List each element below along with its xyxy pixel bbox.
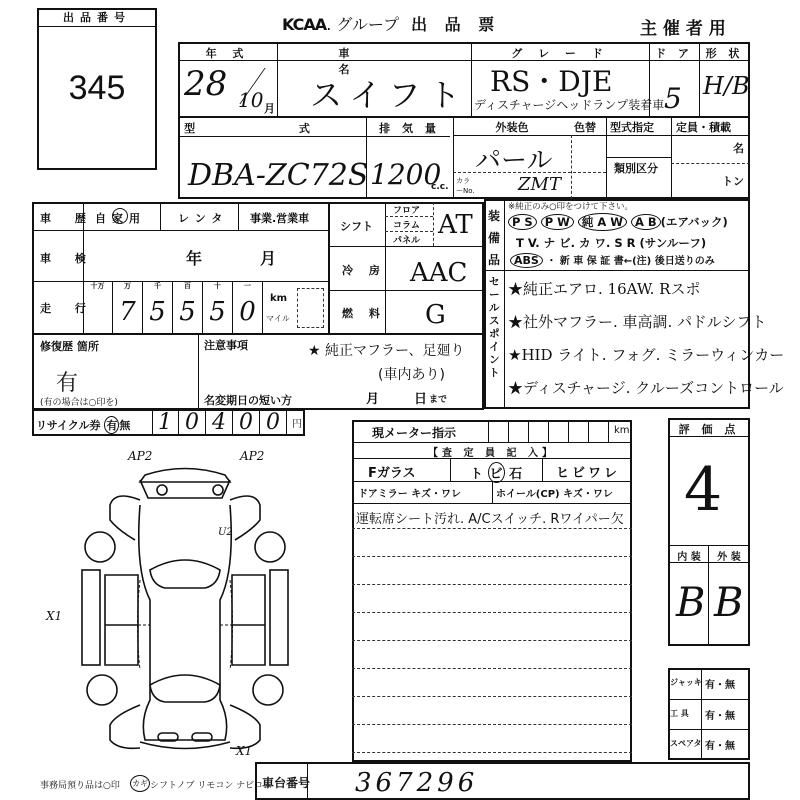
month-unit: 月 xyxy=(264,100,275,116)
capacity-label: 定員・積載 xyxy=(676,119,731,135)
color-label: 外装色 xyxy=(453,119,571,135)
wheel-label: ホイール(CP) キズ・ワレ xyxy=(496,485,613,500)
sheet-header: KCAA. グループ出 品 票 xyxy=(282,12,500,35)
mile-checkbox[interactable] xyxy=(297,288,324,328)
fglass-opt-bi[interactable]: ビ xyxy=(488,462,505,483)
shape-label: 形 状 xyxy=(699,45,750,61)
doors-value: 5 xyxy=(664,82,682,115)
mileage-cell: 十5 xyxy=(203,281,233,335)
color-no-label: カラーNo. xyxy=(456,176,476,196)
type-designation-label: 型式指定 xyxy=(610,119,654,135)
mileage-cell: 一0 xyxy=(233,281,263,335)
model-label: 型 式 xyxy=(178,120,366,136)
mileage-digit: 7 xyxy=(113,297,142,327)
chassis-number: 367296 xyxy=(355,768,478,798)
meter-label: 現メーター指示 xyxy=(372,424,456,441)
lot-number: 345 xyxy=(39,69,155,108)
lot-number-label: 出品番号 xyxy=(39,10,155,27)
mileage-unit-label: 十 xyxy=(203,281,232,291)
recycle-unit: 円 xyxy=(292,415,302,430)
inspection-month: 月 xyxy=(260,246,276,269)
sales-points-label: セールスポイント xyxy=(489,276,501,380)
diagram-mark-ap2-left: AP2 xyxy=(127,450,152,463)
recycle-has[interactable]: 有 xyxy=(104,416,119,434)
recycle-digit: 0 xyxy=(260,409,287,436)
cc-unit: c.c. xyxy=(431,182,449,192)
recycle-none[interactable]: 無 xyxy=(119,419,130,432)
interior-score: B xyxy=(676,580,705,626)
inspection-year: 年 xyxy=(186,246,202,269)
notes-line1: ★ 純正マフラー、足廻り xyxy=(308,340,464,360)
equipment-label: 装備品 xyxy=(488,205,500,271)
color-value: パール xyxy=(475,140,552,177)
shift-label: シフト xyxy=(340,218,373,234)
capacity-persons-unit: 名 xyxy=(733,140,744,156)
sheet-title: 出 品 票 xyxy=(411,15,500,34)
chassis-table xyxy=(255,762,750,800)
repair-label: 修復歴 箇所 xyxy=(40,338,99,354)
year-label: 年 式 xyxy=(178,45,277,61)
meter-unit: km xyxy=(614,425,630,436)
recycle-digit: 1 xyxy=(152,409,179,436)
mileage-cell: 千5 xyxy=(143,281,173,335)
tool-label: スペアタイヤ xyxy=(670,738,701,749)
car-name: スイフト xyxy=(310,70,468,116)
diagram-mark-x1-left: X1 xyxy=(45,609,62,623)
score-label: 評 価 点 xyxy=(668,421,750,437)
mileage-unit-label: 万 xyxy=(113,281,142,291)
mileage-digit: 5 xyxy=(143,297,172,327)
grade-label: グ レ ー ド xyxy=(471,45,649,61)
notes-label: 注意事項 xyxy=(204,337,248,353)
fglass-options: ト ビ 石 xyxy=(470,462,522,483)
car-damage-diagram: AP2 AP2 U2 X1 X1 xyxy=(40,450,330,760)
km-unit: km xyxy=(270,293,287,304)
exterior-score: B xyxy=(714,580,743,626)
tool-value[interactable]: 有・無 xyxy=(705,676,735,691)
equipment-line1: P S P W 純 A W A B(エアバック) xyxy=(508,213,728,231)
inspection-label: 車 検 xyxy=(40,250,96,266)
equipment-line2: T V. ナ ビ. カ ワ. S R (サンルーフ) xyxy=(516,235,706,251)
equipment-line3: ABS ・ 新 車 保 証 書←(注) 後日送りのみ xyxy=(510,252,715,268)
fglass-opt-stone[interactable]: 石 xyxy=(509,467,522,482)
grade-line2: ディスチャージヘッドランプ装着車 xyxy=(474,96,664,113)
mileage-digit: 5 xyxy=(173,297,202,327)
fglass-crack[interactable]: ヒビワレ xyxy=(556,462,620,481)
history-label: 車 歴 xyxy=(40,210,96,226)
mileage-digit: 5 xyxy=(203,297,232,327)
inspector-comment: 運転席シート汚れ. A/Cスイッチ. Rワイパー欠 xyxy=(356,508,624,527)
overall-score: 4 xyxy=(684,455,722,525)
repair-value: 有 xyxy=(56,366,78,397)
tool-label: ジャッキ xyxy=(670,677,701,688)
sales-point-item: ★HID ライト. フォグ. ミラーウィンカー xyxy=(508,344,784,365)
mileage-unit-label: 百 xyxy=(173,281,202,291)
class-label: 類別区分 xyxy=(614,160,658,176)
tool-label: 工 具 xyxy=(670,708,701,719)
name-change-month: 月 xyxy=(366,388,379,407)
equip-genuine-aw[interactable]: 純 A W xyxy=(578,213,627,231)
recycle-digit: 0 xyxy=(179,409,206,436)
equip-warranty: ・ 新 車 保 証 書←(注) 後日送りのみ xyxy=(546,256,714,267)
key-label[interactable]: カギ xyxy=(130,775,150,792)
shift-column[interactable]: コラム xyxy=(393,218,420,231)
shift-floor[interactable]: フロア xyxy=(393,203,420,216)
diagram-mark-ap2-right: AP2 xyxy=(239,450,264,463)
recycle-digit: 4 xyxy=(206,409,233,436)
sales-point-item: ★純正エアロ. 16AW. Rスポ xyxy=(508,278,700,299)
mirror-label: ドアミラー キズ・ワレ xyxy=(358,485,461,500)
fglass-opt-to[interactable]: ト xyxy=(470,467,483,482)
mileage-unit-label: 千 xyxy=(143,281,172,291)
mileage-cell: 万7 xyxy=(113,281,143,335)
recolor-label: 色替 xyxy=(574,119,596,135)
diagram-mark-x1-bottom: X1 xyxy=(235,744,252,758)
interior-label: 内 装 xyxy=(670,548,708,563)
mileage-cell: 百5 xyxy=(173,281,203,335)
notes-line2: (車内あり) xyxy=(378,364,445,384)
fuel-label: 燃 料 xyxy=(342,305,386,321)
month-value: 10 xyxy=(238,88,263,112)
brand-logo: KCAA xyxy=(282,15,326,34)
ac-value: AAC xyxy=(410,258,467,288)
capacity-tons-unit: トン xyxy=(722,173,744,189)
mileage-digit: 0 xyxy=(233,297,262,327)
office-note: 事務局預り品は○印 xyxy=(40,778,120,791)
equip-airbag-text: (エアバック) xyxy=(661,215,728,229)
sales-point-item: ★社外マフラー. 車高調. パドルシフト xyxy=(508,311,766,332)
doors-label: ド ア xyxy=(649,45,699,61)
shape-value: H/B xyxy=(703,72,750,100)
name-change-label: 名変期日の短い方 xyxy=(204,392,292,408)
copy-label: 主 催 者 用 xyxy=(640,14,726,39)
equip-ab[interactable]: A B xyxy=(631,214,661,230)
grade-line1: RS・DJE xyxy=(490,60,612,100)
diagram-mark-u2: U2 xyxy=(218,527,233,538)
mileage-unit-label: 一 xyxy=(233,281,262,291)
sales-point-item: ★ディスチャージ. クルーズコントロール xyxy=(508,377,784,398)
shift-value: AT xyxy=(438,210,473,240)
fglass-label: Fガラス xyxy=(368,462,416,481)
mileage-unit-label: 十万 xyxy=(83,281,112,291)
tool-value[interactable]: 有・無 xyxy=(705,707,735,722)
equip-abs[interactable]: ABS xyxy=(510,253,543,268)
recycle-label: リサイクル券 有無 xyxy=(36,416,130,434)
equip-pw[interactable]: P W xyxy=(541,214,574,230)
color-no: ZMT xyxy=(518,174,561,195)
shift-panel[interactable]: パネル xyxy=(393,233,420,246)
repair-note: (有の場合は○印を) xyxy=(40,395,118,408)
model-value: DBA-ZC72S xyxy=(188,158,368,193)
inspector-section-label: 【査 定 員 記 入】 xyxy=(352,444,632,459)
recycle-digit: 0 xyxy=(233,409,260,436)
group-label: . グループ xyxy=(326,15,399,34)
name-change-until: まで xyxy=(429,392,447,405)
history-selected-circle xyxy=(112,208,128,224)
mileage-cell: 十万 xyxy=(83,281,113,335)
equip-ps[interactable]: P S xyxy=(508,214,537,230)
lot-number-box: 出品番号 345 xyxy=(37,8,157,170)
mile-unit: マイル xyxy=(266,313,290,324)
name-change-day: 日 xyxy=(414,388,427,407)
fuel-value: G xyxy=(425,300,446,330)
ac-label: 冷 房 xyxy=(342,262,386,278)
equipment-note: ※純正のみ○印をつけて下さい。 xyxy=(508,200,633,212)
history-option-rental[interactable]: レンタ xyxy=(178,210,228,226)
displacement-label: 排 気 量 xyxy=(366,120,453,136)
footer-items: シフトノブ リモコン ナビロム xyxy=(150,778,272,791)
tool-value[interactable]: 有・無 xyxy=(705,737,735,752)
history-option-business[interactable]: 事業.営業車 xyxy=(250,210,309,226)
exterior-label: 外 装 xyxy=(708,548,750,563)
